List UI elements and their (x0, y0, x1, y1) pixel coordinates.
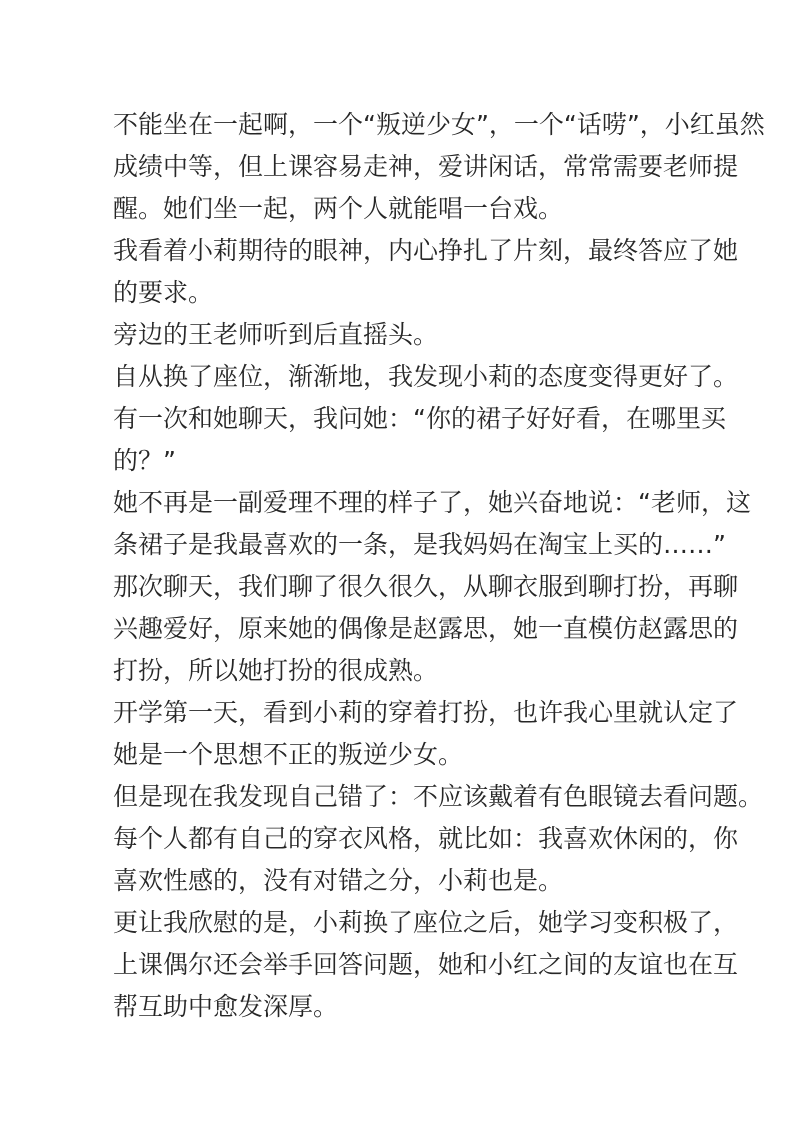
paragraph: 自从换了座位，渐渐地，我发现小莉的态度变得更好了。 (113, 356, 683, 398)
text-line: 不能坐在一起啊，一个“叛逆少女”，一个“话唠”，小红虽然 (113, 104, 683, 146)
paragraph: 旁边的王老师听到后直摇头。 (113, 314, 683, 356)
text-line: 她是一个思想不正的叛逆少女。 (113, 734, 683, 776)
text-line: 更让我欣慰的是，小莉换了座位之后，她学习变积极了， (113, 902, 683, 944)
paragraph: 但是现在我发现自己错了：不应该戴着有色眼镜去看问题。 (113, 776, 683, 818)
text-line: 自从换了座位，渐渐地，我发现小莉的态度变得更好了。 (113, 356, 683, 398)
text-line: 上课偶尔还会举手回答问题，她和小红之间的友谊也在互 (113, 944, 683, 986)
text-line: 每个人都有自己的穿衣风格，就比如：我喜欢休闲的，你 (113, 818, 683, 860)
text-line: 喜欢性感的，没有对错之分，小莉也是。 (113, 860, 683, 902)
text-line: 我看着小莉期待的眼神，内心挣扎了片刻，最终答应了她 (113, 230, 683, 272)
text-line: 打扮，所以她打扮的很成熟。 (113, 650, 683, 692)
text-line: 旁边的王老师听到后直摇头。 (113, 314, 683, 356)
text-line: 条裙子是我最喜欢的一条，是我妈妈在淘宝上买的……” (113, 524, 683, 566)
text-line: 兴趣爱好，原来她的偶像是赵露思，她一直模仿赵露思的 (113, 608, 683, 650)
text-block: 不能坐在一起啊，一个“叛逆少女”，一个“话唠”，小红虽然 成绩中等，但上课容易走… (113, 104, 683, 1028)
document-page: 不能坐在一起啊，一个“叛逆少女”，一个“话唠”，小红虽然 成绩中等，但上课容易走… (0, 0, 793, 1122)
text-line: 有一次和她聊天，我问她：“你的裙子好好看，在哪里买 (113, 398, 683, 440)
paragraph: 我看着小莉期待的眼神，内心挣扎了片刻，最终答应了她 的要求。 (113, 230, 683, 314)
paragraph: 那次聊天，我们聊了很久很久，从聊衣服到聊打扮，再聊 兴趣爱好，原来她的偶像是赵露… (113, 566, 683, 692)
paragraph: 开学第一天，看到小莉的穿着打扮，也许我心里就认定了 她是一个思想不正的叛逆少女。 (113, 692, 683, 776)
text-line: 醒。她们坐一起，两个人就能唱一台戏。 (113, 188, 683, 230)
text-line: 成绩中等，但上课容易走神，爱讲闲话，常常需要老师提 (113, 146, 683, 188)
text-line: 那次聊天，我们聊了很久很久，从聊衣服到聊打扮，再聊 (113, 566, 683, 608)
paragraph: 每个人都有自己的穿衣风格，就比如：我喜欢休闲的，你 喜欢性感的，没有对错之分，小… (113, 818, 683, 902)
paragraph: 有一次和她聊天，我问她：“你的裙子好好看，在哪里买 的？” (113, 398, 683, 482)
text-line: 她不再是一副爱理不理的样子了，她兴奋地说：“老师，这 (113, 482, 683, 524)
paragraph: 她不再是一副爱理不理的样子了，她兴奋地说：“老师，这 条裙子是我最喜欢的一条，是… (113, 482, 683, 566)
paragraph: 不能坐在一起啊，一个“叛逆少女”，一个“话唠”，小红虽然 成绩中等，但上课容易走… (113, 104, 683, 230)
text-line: 的？” (113, 440, 683, 482)
text-line: 的要求。 (113, 272, 683, 314)
text-line: 但是现在我发现自己错了：不应该戴着有色眼镜去看问题。 (113, 776, 683, 818)
text-line: 帮互助中愈发深厚。 (113, 986, 683, 1028)
paragraph: 更让我欣慰的是，小莉换了座位之后，她学习变积极了， 上课偶尔还会举手回答问题，她… (113, 902, 683, 1028)
text-line: 开学第一天，看到小莉的穿着打扮，也许我心里就认定了 (113, 692, 683, 734)
